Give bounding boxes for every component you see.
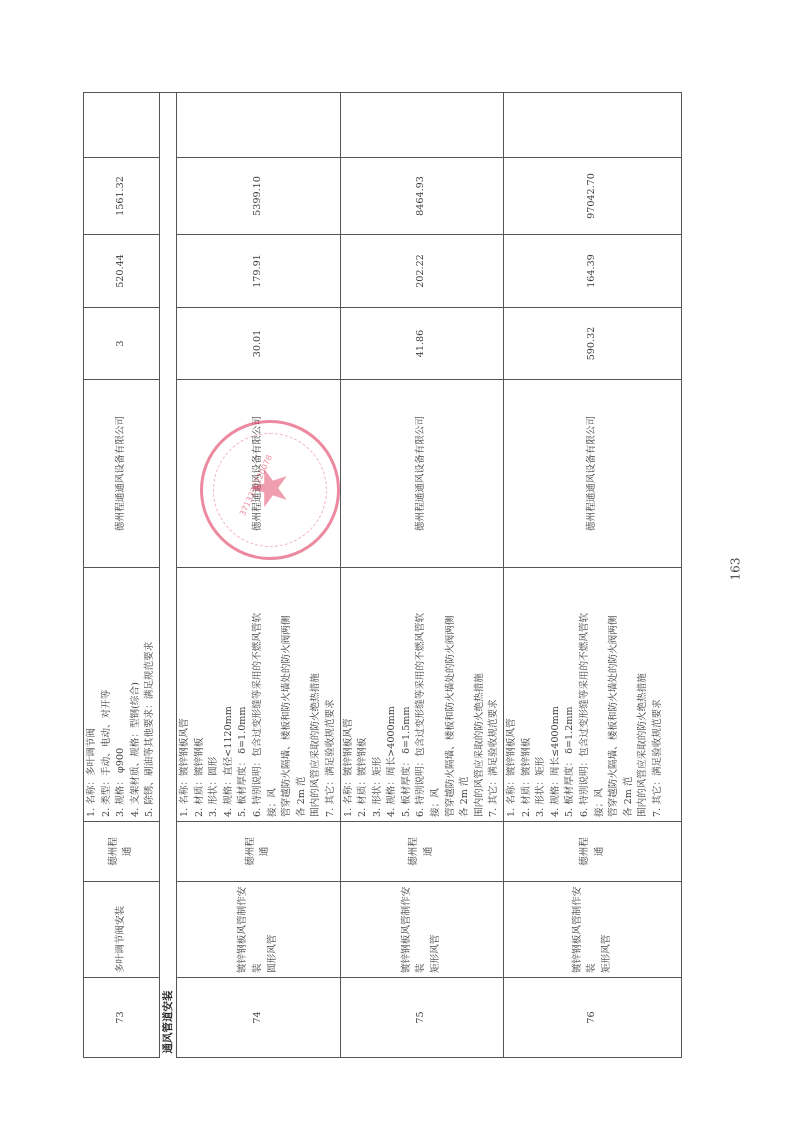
spec-description-cell-line: 4. 规格：周长≤4000mm (549, 572, 564, 817)
page-number: 163 (728, 558, 742, 581)
item-name-cell: 镀锌钢板风管制作安装圆形风管 (176, 882, 340, 978)
spec-description-cell-line: 4. 规格：周长>4000mm (385, 572, 400, 817)
item-number-cell: 73 (84, 978, 160, 1058)
spec-description-cell-line: 1. 名称：镀锌钢板风管 (178, 572, 193, 817)
spec-description-cell-line: 2. 类型：手动、电动、对开等 (100, 572, 115, 817)
brand-cell-line: 通 (121, 826, 136, 877)
total-price-cell: 5399.10 (176, 158, 340, 235)
item-number-cell: 76 (504, 978, 682, 1058)
spec-description-cell-line: 2. 材质：镀锌钢板 (193, 572, 208, 817)
brand-cell-line: 德州程 (407, 826, 422, 877)
spec-description-cell-line: 5. 除锈、刷油等其他要求：满足规范要求 (143, 572, 158, 817)
brand-cell-line: 德州程 (107, 826, 122, 877)
spec-description-cell-line: 管穿越防火隔墙、楼板和防火墙处的防火阀两侧 (607, 572, 622, 817)
rotated-table-container: 73多叶调节阀安装德州程通1. 名称：多叶调节阀2. 类型：手动、电动、对开等3… (83, 93, 668, 1058)
quantity-cell: 590.32 (504, 308, 682, 380)
spec-description-cell-line: 5. 板材厚度： δ=1.2mm (563, 572, 578, 817)
spec-description-cell-line: 接；风 (593, 572, 608, 817)
manufacturer-cell: 德州程通通风设备有限公司 (84, 380, 160, 568)
item-name-cell-line: 圆形风管 (266, 886, 281, 973)
spec-description-cell-line: 管穿越防火隔墙、楼板和防火墙处的防火阀两侧 (444, 572, 459, 817)
spec-description-cell-line: 3. 规格： φ900 (114, 572, 129, 817)
total-price-cell: 1561.32 (84, 158, 160, 235)
section-title: 通风管道安装 (159, 93, 176, 1058)
unit-price-cell: 164.39 (504, 235, 682, 308)
unit-price-cell: 202.22 (340, 235, 504, 308)
table-row: 74镀锌钢板风管制作安装圆形风管德州程通1. 名称：镀锌钢板风管2. 材质：镀锌… (176, 93, 340, 1058)
brand-cell: 德州程通 (84, 822, 160, 882)
item-name-cell-line: 装 (414, 886, 429, 973)
spec-description-cell-line: 1. 名称：多叶调节阀 (85, 572, 100, 817)
remarks-cell (340, 93, 504, 158)
brand-cell-line: 通 (422, 826, 437, 877)
remarks-cell (84, 93, 160, 158)
spec-description-cell-line: 围内的风管应采取的防火绝热措施 (309, 572, 324, 817)
table-row: 76镀锌钢板风管制作安装矩形风管德州程通1. 名称：镀锌钢板风管2. 材质：镀锌… (504, 93, 682, 1058)
bill-of-quantities-table: 73多叶调节阀安装德州程通1. 名称：多叶调节阀2. 类型：手动、电动、对开等3… (83, 92, 682, 1058)
item-number-cell: 74 (176, 978, 340, 1058)
spec-description-cell-line: 1. 名称：镀锌钢板风管 (505, 572, 520, 817)
brand-cell-line: 德州程 (578, 826, 593, 877)
spec-description-cell: 1. 名称：多叶调节阀2. 类型：手动、电动、对开等3. 规格： φ9004. … (84, 568, 160, 822)
manufacturer-cell: 德州程通通风设备有限公司 (504, 380, 682, 568)
item-name-cell-line: 镀锌钢板风管制作安 (400, 886, 415, 973)
spec-description-cell-line: 6. 特别说明：包含过变形缝等采用的不燃风管软 (578, 572, 593, 817)
item-name-cell-line: 装 (251, 886, 266, 973)
spec-description-cell-line: 6. 特别说明：包含过变形缝等采用的不燃风管软 (251, 572, 266, 817)
item-name-cell-line: 矩形风管 (429, 886, 444, 973)
spec-description-cell-line: 7. 其它：满足验收规范要求 (324, 572, 339, 817)
remarks-cell (176, 93, 340, 158)
quantity-cell: 3 (84, 308, 160, 380)
brand-cell: 德州程通 (340, 822, 504, 882)
item-name-cell-line: 装 (585, 886, 600, 973)
brand-cell: 德州程通 (176, 822, 340, 882)
item-name-cell: 多叶调节阀安装 (84, 882, 160, 978)
spec-description-cell-line: 各 2m 范 (622, 572, 637, 817)
quantity-cell: 41.86 (340, 308, 504, 380)
spec-description-cell-line: 2. 材质：镀锌钢板 (356, 572, 371, 817)
table-row: 73多叶调节阀安装德州程通1. 名称：多叶调节阀2. 类型：手动、电动、对开等3… (84, 93, 160, 1058)
spec-description-cell: 1. 名称：镀锌钢板风管2. 材质：镀锌钢板3. 形状：圆形4. 规格：直径<1… (176, 568, 340, 822)
item-number-cell: 75 (340, 978, 504, 1058)
item-name-cell: 镀锌钢板风管制作安装矩形风管 (340, 882, 504, 978)
item-name-cell-line: 矩形风管 (600, 886, 615, 973)
spec-description-cell-line: 接；风 (429, 572, 444, 817)
table-row: 75镀锌钢板风管制作安装矩形风管德州程通1. 名称：镀锌钢板风管2. 材质：镀锌… (340, 93, 504, 1058)
spec-description-cell: 1. 名称：镀锌钢板风管2. 材质：镀锌钢板3. 形状：矩形4. 规格：周长>4… (340, 568, 504, 822)
total-price-cell: 8464.93 (340, 158, 504, 235)
spec-description-cell-line: 5. 板材厚度： δ=1.0mm (236, 572, 251, 817)
spec-description-cell-line: 各 2m 范 (458, 572, 473, 817)
spec-description-cell-line: 管穿越防火隔墙、楼板和防火墙处的防火阀两侧 (280, 572, 295, 817)
spec-description-cell: 1. 名称：镀锌钢板风管2. 材质：镀锌钢板3. 形状：矩形4. 规格：周长≤4… (504, 568, 682, 822)
brand-cell-line: 德州程 (244, 826, 259, 877)
brand-cell-line: 通 (593, 826, 608, 877)
spec-description-cell-line: 4. 支架材质、规格：型钢(综合) (129, 572, 144, 817)
spec-description-cell-line: 各 2m 范 (295, 572, 310, 817)
total-price-cell: 97042.70 (504, 158, 682, 235)
spec-description-cell-line: 6. 特别说明：包含过变形缝等采用的不燃风管软 (414, 572, 429, 817)
spec-description-cell-line: 5. 板材厚度： δ=1.5mm (400, 572, 415, 817)
spec-description-cell-line: 2. 材质：镀锌钢板 (520, 572, 535, 817)
item-name-cell-line: 镀锌钢板风管制作安 (236, 886, 251, 973)
brand-cell: 德州程通 (504, 822, 682, 882)
spec-description-cell-line: 围内的风管应采取的防火绝热措施 (636, 572, 651, 817)
spec-description-cell-line: 3. 形状：矩形 (534, 572, 549, 817)
unit-price-cell: 179.91 (176, 235, 340, 308)
spec-description-cell-line: 7. 其它：满足验收规范要求 (651, 572, 666, 817)
item-name-cell-line: 多叶调节阀安装 (114, 886, 129, 973)
brand-cell-line: 通 (258, 826, 273, 877)
remarks-cell (504, 93, 682, 158)
spec-description-cell-line: 3. 形状：圆形 (207, 572, 222, 817)
spec-description-cell-line: 围内的风管应采取的防火绝热措施 (473, 572, 488, 817)
item-name-cell-line: 镀锌钢板风管制作安 (571, 886, 586, 973)
unit-price-cell: 520.44 (84, 235, 160, 308)
spec-description-cell-line: 接；风 (266, 572, 281, 817)
spec-description-cell-line: 7. 其它：满足验收规范要求 (487, 572, 502, 817)
spec-description-cell-line: 1. 名称：镀锌钢板风管 (342, 572, 357, 817)
manufacturer-cell: 德州程通通风设备有限公司 (340, 380, 504, 568)
item-name-cell: 镀锌钢板风管制作安装矩形风管 (504, 882, 682, 978)
spec-description-cell-line: 3. 形状：矩形 (371, 572, 386, 817)
section-row: 通风管道安装 (159, 93, 176, 1058)
spec-description-cell-line: 4. 规格：直径<1120mm (222, 572, 237, 817)
manufacturer-cell: 德州程通通风设备有限公司 (176, 380, 340, 568)
quantity-cell: 30.01 (176, 308, 340, 380)
